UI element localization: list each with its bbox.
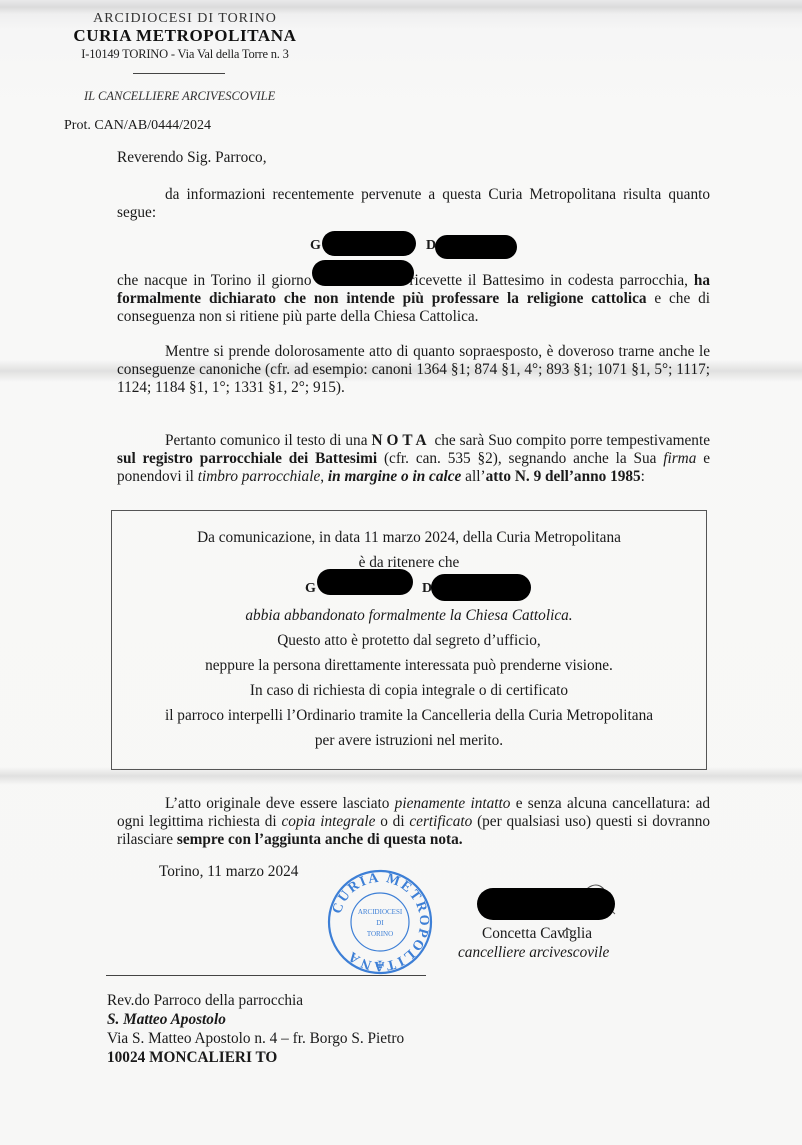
svg-text:DI: DI bbox=[376, 919, 384, 927]
note-first-initial: G bbox=[305, 581, 316, 597]
note-line-communication: Da comunicazione, in data 11 marzo 2024,… bbox=[112, 529, 706, 547]
nota-label: NOTA bbox=[371, 432, 430, 449]
letterhead-address: I-10149 TORINO - Via Val della Torre n. … bbox=[40, 47, 330, 62]
note-line-abandoned: abbia abbandonato formalmente la Chiesa … bbox=[112, 607, 706, 625]
svg-text:ARCIDIOCESI: ARCIDIOCESI bbox=[358, 908, 403, 916]
first-name-initial: G bbox=[310, 238, 321, 254]
salutation: Reverendo Sig. Parroco, bbox=[117, 149, 267, 167]
protocol-number: Prot. CAN/AB/0444/2024 bbox=[64, 118, 211, 134]
svg-text:✠: ✠ bbox=[376, 960, 384, 971]
footer-divider bbox=[106, 975, 426, 976]
paragraph-original-act: L’atto originale deve essere lasciato pi… bbox=[117, 795, 710, 849]
curia-stamp-icon: CURIA METROPOLITANA ARCIDIOCESI DI TORIN… bbox=[326, 868, 434, 976]
redaction-first-name bbox=[322, 231, 416, 256]
paragraph-intro: da informazioni recentemente pervenute a… bbox=[117, 186, 710, 222]
letterhead-divider bbox=[133, 73, 225, 74]
note-line-request: In caso di richiesta di copia integrale … bbox=[112, 682, 706, 700]
recipient-line: Rev.do Parroco della parrocchia bbox=[107, 992, 303, 1010]
recipient-street: Via S. Matteo Apostolo n. 4 – fr. Borgo … bbox=[107, 1030, 404, 1048]
paragraph-instructions: Pertanto comunico il testo di una NOTA c… bbox=[117, 432, 710, 486]
note-line-instructions: per avere istruzioni nel merito. bbox=[112, 732, 706, 750]
note-redaction-last-name bbox=[431, 574, 531, 601]
note-line-secrecy: Questo atto è protetto dal segreto d’uff… bbox=[112, 632, 706, 650]
letterhead-office: IL CANCELLIERE ARCIVESCOVILE bbox=[84, 89, 275, 104]
note-line-intro: è da ritenere che bbox=[112, 554, 706, 572]
letterhead-archdiocese: ARCIDIOCESI DI TORINO bbox=[40, 11, 330, 27]
subject-name-row: G D bbox=[0, 234, 802, 258]
note-box: Da comunicazione, in data 11 marzo 2024,… bbox=[111, 510, 707, 770]
letterhead-curia: CURIA METROPOLITANA bbox=[40, 26, 330, 46]
redaction-birthdate bbox=[312, 260, 414, 286]
recipient-parish: S. Matteo Apostolo bbox=[107, 1011, 226, 1029]
redaction-last-name bbox=[435, 235, 517, 259]
recipient-city: 10024 MONCALIERI TO bbox=[107, 1049, 277, 1067]
paragraph-declaration: che nacque in Torino il giorno ricevette… bbox=[117, 272, 710, 326]
redaction-signature bbox=[477, 888, 615, 920]
note-line-ordinary: il parroco interpelli l’Ordinario tramit… bbox=[112, 707, 706, 725]
signer-role: cancelliere arcivescovile bbox=[458, 944, 609, 962]
svg-text:TORINO: TORINO bbox=[367, 930, 393, 938]
note-line-no-access: neppure la persona direttamente interess… bbox=[112, 657, 706, 675]
signer-name: Concetta Caviglia bbox=[482, 925, 592, 943]
place-and-date: Torino, 11 marzo 2024 bbox=[159, 863, 298, 881]
note-redaction-first-name bbox=[317, 569, 413, 595]
paragraph-canonical-consequences: Mentre si prende dolorosamente atto di q… bbox=[117, 343, 710, 397]
